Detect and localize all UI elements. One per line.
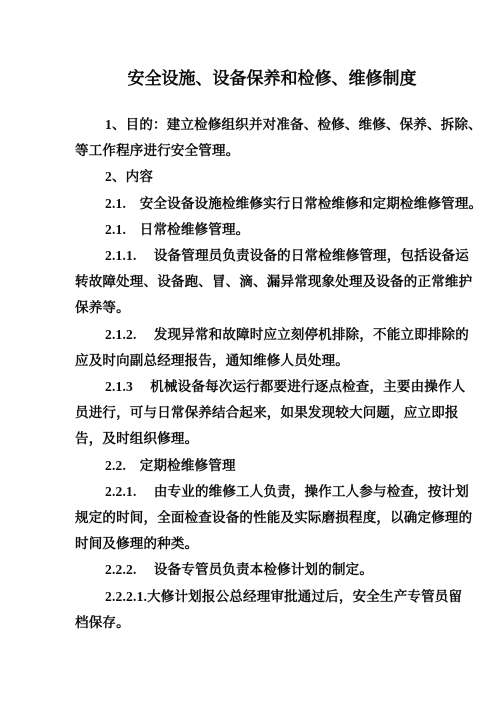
text-line: 2.1. 日常检维修管理。 [75,217,435,243]
text-line: 告，及时组织修理。 [75,426,435,452]
text-line: 2.2.2.1.大修计划报公总经理审批通过后，安全生产专管员留 [75,584,435,610]
text-line: 1、目的：建立检修组织并对准备、检修、维修、保养、拆除、 [75,112,435,138]
text-line: 应及时向副总经理报告，通知维修人员处理。 [75,348,435,374]
document-content: 安全设施、设备保养和检修、维修制度 1、目的：建立检修组织并对准备、检修、维修、… [75,66,435,636]
document-title: 安全设施、设备保养和检修、维修制度 [75,66,435,92]
document-page: 安全设施、设备保养和检修、维修制度 1、目的：建立检修组织并对准备、检修、维修、… [0,0,500,707]
text-line: 2.1.2. 发现异常和故障时应立刻停机排除，不能立即排除的 [75,322,435,348]
text-line: 2、内容 [75,164,435,190]
text-line: 档保存。 [75,610,435,636]
text-line: 转故障处理、设备跑、冒、滴、漏异常现象处理及设备的正常维护 [75,269,435,295]
text-line: 2.2.2. 设备专管员负责本检修计划的制定。 [75,557,435,583]
text-line: 2.2.1. 由专业的维修工人负责，操作工人参与检查，按计划 [75,479,435,505]
document-body: 1、目的：建立检修组织并对准备、检修、维修、保养、拆除、 等工作程序进行安全管理… [75,112,435,636]
text-line: 等工作程序进行安全管理。 [75,138,435,164]
text-line: 规定的时间，全面检查设备的性能及实际磨损程度，以确定修理的 [75,505,435,531]
text-line: 时间及修理的种类。 [75,531,435,557]
text-line: 2.1.1. 设备管理员负责设备的日常检维修管理，包括设备运 [75,243,435,269]
text-line: 2.1.3 机械设备每次运行都要进行逐点检查，主要由操作人 [75,374,435,400]
text-line: 保养等。 [75,295,435,321]
text-line: 2.2. 定期检维修管理 [75,453,435,479]
text-line: 2.1. 安全设备设施检维修实行日常检维修和定期检维修管理。 [75,191,435,217]
text-line: 员进行，可与日常保养结合起来，如果发现较大问题，应立即报 [75,400,435,426]
